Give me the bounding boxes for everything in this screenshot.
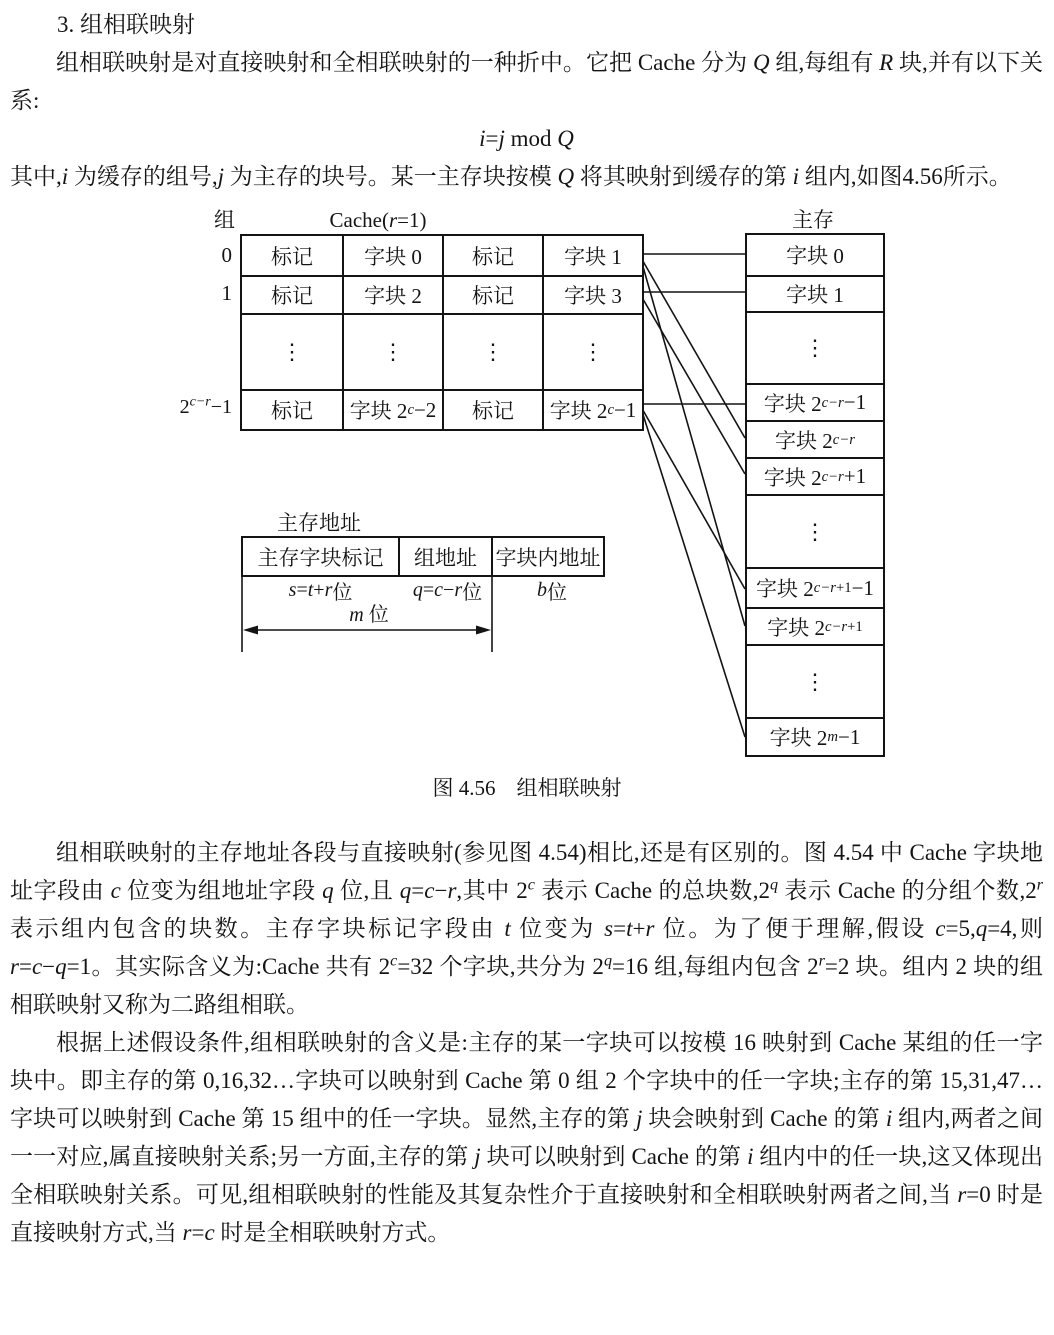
cache-cell: 标记 xyxy=(242,236,342,275)
cache-row-label-1: 1 xyxy=(150,280,232,306)
mapping-line-g0-bcr xyxy=(640,256,745,438)
memory-ellipsis: ⋮ xyxy=(747,494,883,567)
cache-table: 标记 字块 0 标记 字块 1 标记 字块 2 标记 字块 3 ⋮ ⋮ ⋮ ⋮ … xyxy=(240,234,644,431)
section-heading: 3. 组相联映射 xyxy=(57,6,1043,44)
cache-cell: 标记 xyxy=(442,275,542,313)
address-field-group: 组地址 xyxy=(398,538,491,575)
memory-ellipsis: ⋮ xyxy=(747,311,883,383)
address-title: 主存地址 xyxy=(277,510,361,536)
main-memory-title: 主存 xyxy=(745,207,881,233)
address-format-box: 主存字块标记 组地址 字块内地址 xyxy=(241,536,605,577)
memory-block: 字块 0 xyxy=(747,235,883,275)
cache-cell-ellipsis: ⋮ xyxy=(442,313,542,389)
paragraph-intro: 组相联映射是对直接映射和全相联映射的一种折中。它把 Cache 分为 Q 组,每… xyxy=(10,44,1043,120)
cache-title: Cache(r=1) xyxy=(280,207,476,233)
address-width-group: q=c−r 位 xyxy=(400,577,495,603)
memory-block: 字块 2c−r−1 xyxy=(747,383,883,420)
memory-ellipsis: ⋮ xyxy=(747,644,883,717)
mapping-formula: i=j mod Q xyxy=(10,120,1043,158)
cache-cell: 标记 xyxy=(242,275,342,313)
cache-cell: 字块 0 xyxy=(342,236,442,275)
memory-block: 字块 2c−r+1−1 xyxy=(747,567,883,607)
cache-cell: 字块 3 xyxy=(542,275,642,313)
figure-caption: 图 4.56 组相联映射 xyxy=(0,773,1054,803)
mapping-line-glast-bm1 xyxy=(640,405,745,737)
paragraph-mapping-meaning: 根据上述假设条件,组相联映射的含义是:主存的某一字块可以按模 16 映射到 Ca… xyxy=(10,1024,1043,1252)
address-field-widths: s=t+r 位 q=c−r 位 b 位 xyxy=(241,577,609,603)
memory-block: 字块 2c−r+1 xyxy=(747,457,883,494)
address-width-offset: b 位 xyxy=(495,577,609,603)
textbook-page: 3. 组相联映射 组相联映射是对直接映射和全相联映射的一种折中。它把 Cache… xyxy=(0,0,1054,1335)
cache-cell-ellipsis: ⋮ xyxy=(342,313,442,389)
mapping-line-glast-bcr1m1 xyxy=(640,405,745,589)
cache-row-label-last: 2c−r−1 xyxy=(128,394,232,420)
cache-cell-ellipsis: ⋮ xyxy=(242,313,342,389)
address-field-tag: 主存字块标记 xyxy=(243,538,398,575)
cache-cell: 标记 xyxy=(442,389,542,429)
cache-cell: 字块 2c−1 xyxy=(542,389,642,429)
cache-cell: 标记 xyxy=(442,236,542,275)
cache-group-column-label: 组 xyxy=(214,207,250,233)
address-field-offset: 字块内地址 xyxy=(491,538,603,575)
address-width-tag: s=t+r 位 xyxy=(241,577,400,603)
paragraph-address-comparison: 组相联映射的主存地址各段与直接映射(参见图 4.54)相比,还是有区别的。图 4… xyxy=(10,834,1043,1024)
cache-cell-ellipsis: ⋮ xyxy=(542,313,642,389)
paragraph-formula-explanation: 其中,i 为缓存的组号,j 为主存的块号。某一主存块按模 Q 将其映射到缓存的第… xyxy=(10,158,1043,196)
figure-4-56: 组 Cache(r=1) 0 1 2c−r−1 标记 字块 0 标记 字块 1 … xyxy=(0,206,1054,828)
memory-block: 字块 2c−r+1 xyxy=(747,607,883,644)
memory-block: 字块 2c−r xyxy=(747,420,883,457)
memory-block: 字块 1 xyxy=(747,275,883,311)
mapping-line-g0-bcr1p xyxy=(640,256,745,626)
mapping-line-g1-bcrp1 xyxy=(640,294,745,474)
cache-cell: 字块 2 xyxy=(342,275,442,313)
cache-cell: 标记 xyxy=(242,389,342,429)
cache-cell: 字块 1 xyxy=(542,236,642,275)
main-memory-table: 字块 0 字块 1 ⋮ 字块 2c−r−1 字块 2c−r 字块 2c−r+1 … xyxy=(745,233,885,757)
cache-row-label-0: 0 xyxy=(150,242,232,268)
memory-block: 字块 2m−1 xyxy=(747,717,883,755)
cache-cell: 字块 2c−2 xyxy=(342,389,442,429)
m-span-label: m 位 xyxy=(241,602,497,628)
